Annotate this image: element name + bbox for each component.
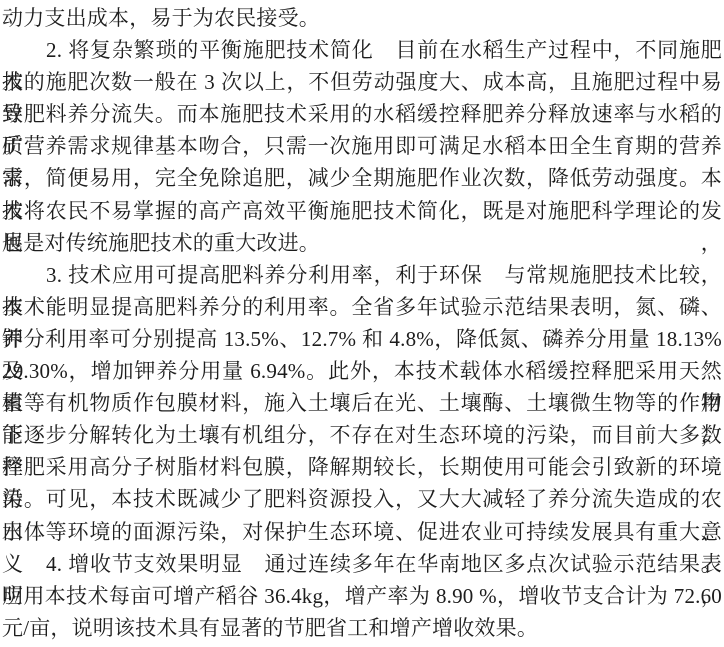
paragraph: 3. 技术应用可提高肥料养分利用率，利于环保 与常规施肥技术比较，本 技术能明显… (2, 259, 722, 548)
text-line: 水体等环境的面源污染，对保护生态环境、促进农业可持续发展具有重大意义。 (2, 516, 722, 548)
paragraph: 4. 增收节支效果明显 通过连续多年在华南地区多点次试验示范结果表明， 应用本技… (2, 548, 722, 644)
text-line: 元/亩，说明该技术具有显著的节肥省工和增产增收效果。 (2, 612, 722, 644)
text-line: 技术能明显提高肥料养分的利用率。全省多年试验示范结果表明，氮、磷、钾 (2, 291, 722, 323)
text-line: 3. 技术应用可提高肥料养分利用率，利于环保 与常规施肥技术比较，本 (2, 259, 722, 291)
text-line: 动力支出成本，易于为农民接受。 (2, 2, 722, 34)
text-line: 致肥料养分流失。而本施肥技术采用的水稻缓控释肥养分释放速率与水稻的矿 (2, 98, 722, 130)
document-page: 动力支出成本，易于为农民接受。 2. 将复杂繁琐的平衡施肥技术简化 目前在水稻生… (0, 0, 724, 647)
text-line: 求，简便易用，完全免除追肥，减少全期施肥作业次数，降低劳动强度。本技 (2, 162, 722, 194)
text-line: 质营养需求规律基本吻合，只需一次施用即可满足水稻本田全生育期的营养需 (2, 130, 722, 162)
text-line: 应用本技术每亩可增产稻谷 36.4kg，增产率为 8.90 %，增收节支合计为 … (2, 580, 722, 612)
text-line: 养分利用率可分别提高 13.5%、12.7% 和 4.8%，降低氮、磷养分用量 … (2, 323, 722, 355)
text-line: 染。可见，本技术既减少了肥料资源投入，又大大减轻了养分流失造成的农田、 (2, 483, 722, 515)
text-line: 释肥采用高分子树脂材料包膜，降解期较长，长期使用可能会引致新的环境污 (2, 451, 722, 483)
text-line: 4. 增收节支效果明显 通过连续多年在华南地区多点次试验示范结果表明， (2, 548, 722, 580)
text-line: 能逐步分解转化为土壤有机组分，不存在对生态环境的污染，而目前大多数控 (2, 419, 722, 451)
text-line: 素等有机物质作包膜材料，施入土壤后在光、土壤酶、土壤微生物等的作用下， (2, 387, 722, 419)
paragraph: 2. 将复杂繁琐的平衡施肥技术简化 目前在水稻生产过程中，不同施肥技 术的施肥次… (2, 34, 722, 259)
text-line: 术的施肥次数一般在 3 次以上，不但劳动强度大、成本高，且施肥过程中易导 (2, 66, 722, 98)
text-line: 2. 将复杂繁琐的平衡施肥技术简化 目前在水稻生产过程中，不同施肥技 (2, 34, 722, 66)
text-line: 29.30%，增加钾养分用量 6.94%。此外，本技术载体水稻缓控释肥采用天然植… (2, 355, 722, 387)
paragraph: 动力支出成本，易于为农民接受。 (2, 2, 722, 34)
text-line: 术将农民不易掌握的高产高效平衡施肥技术简化，既是对施肥科学理论的发展， (2, 195, 722, 227)
